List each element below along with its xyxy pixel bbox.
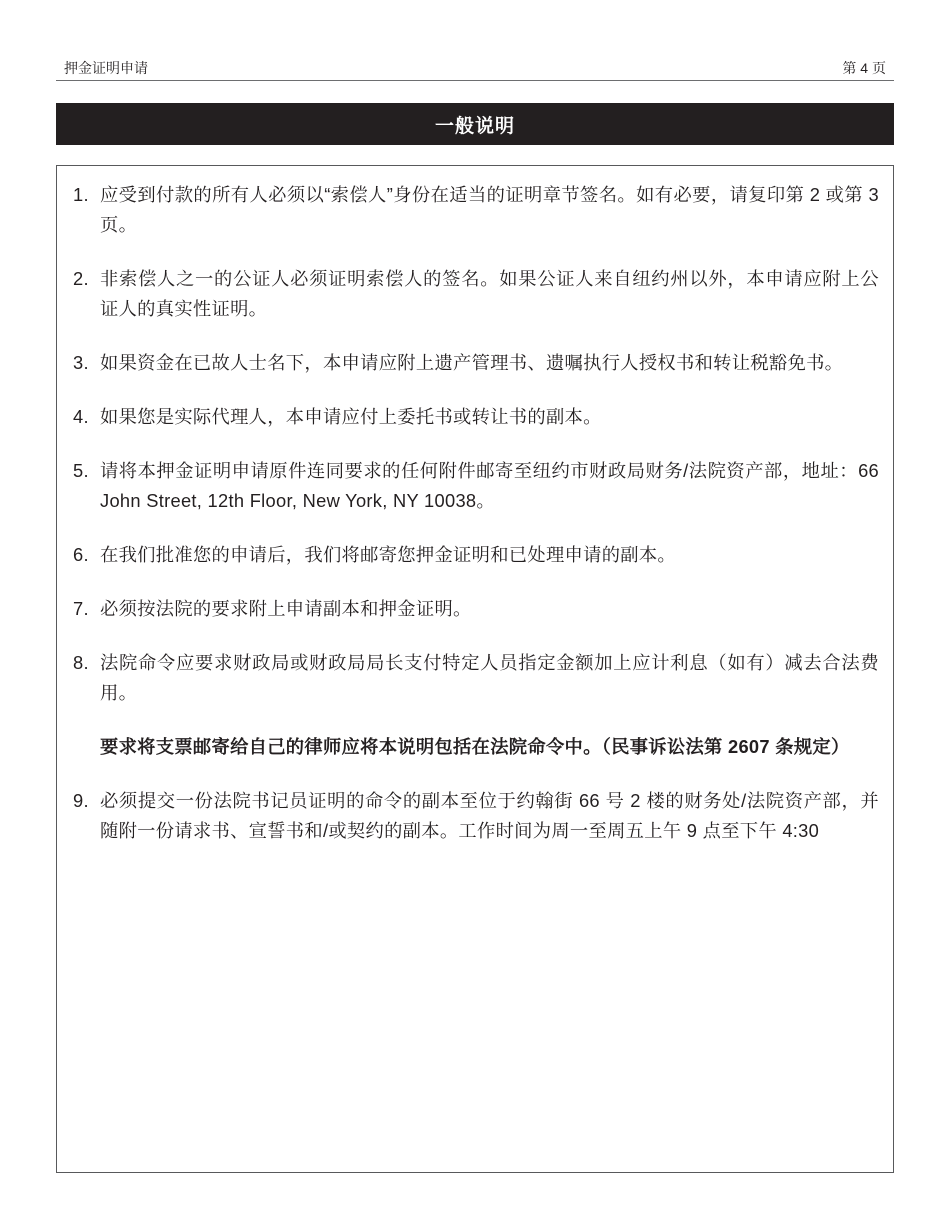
instruction-item-8: 8. 法院命令应要求财政局或财政局局长支付特定人员指定金额加上应计利息（如有）减… [73,648,879,762]
instruction-item-1: 1. 应受到付款的所有人必须以“索偿人”身份在适当的证明章节签名。如有必要，请复… [73,180,879,240]
instruction-item-4: 4. 如果您是实际代理人，本申请应付上委托书或转让书的副本。 [73,402,879,432]
instruction-item-2: 2. 非索偿人之一的公证人必须证明索偿人的签名。如果公证人来自纽约州以外，本申请… [73,264,879,324]
item-number: 4. [73,402,100,432]
instruction-item-6: 6. 在我们批准您的申请后，我们将邮寄您押金证明和已处理申请的副本。 [73,540,879,570]
instructions-list: 1. 应受到付款的所有人必须以“索偿人”身份在适当的证明章节签名。如有必要，请复… [73,180,879,870]
item-number: 7. [73,594,100,624]
page-header: 押金证明申请 第 4 页 [64,58,886,78]
instruction-item-5: 5. 请将本押金证明申请原件连同要求的任何附件邮寄至纽约市财政局财务/法院资产部… [73,456,879,516]
item-number: 3. [73,348,100,378]
form-title: 押金证明申请 [64,58,148,78]
bold-note: 要求将支票邮寄给自己的律师应将本说明包括在法院命令中。（民事诉讼法第 2607 … [100,732,879,762]
item-text: 法院命令应要求财政局或财政局局长支付特定人员指定金额加上应计利息（如有）减去合法… [100,648,879,708]
item-number: 8. [73,648,100,762]
item-number: 6. [73,540,100,570]
item-text: 请将本押金证明申请原件连同要求的任何附件邮寄至纽约市财政局财务/法院资产部，地址… [100,456,879,516]
header-divider [56,80,894,81]
item-number: 9. [73,786,100,846]
instructions-box: 1. 应受到付款的所有人必须以“索偿人”身份在适当的证明章节签名。如有必要，请复… [56,165,894,1173]
section-title-bar: 一般说明 [56,103,894,145]
section-title: 一般说明 [435,111,515,138]
item-text: 应受到付款的所有人必须以“索偿人”身份在适当的证明章节签名。如有必要，请复印第 … [100,180,879,240]
instruction-item-7: 7. 必须按法院的要求附上申请副本和押金证明。 [73,594,879,624]
item-text: 非索偿人之一的公证人必须证明索偿人的签名。如果公证人来自纽约州以外，本申请应附上… [100,264,879,324]
item-number: 1. [73,180,100,240]
item-number: 2. [73,264,100,324]
item-text: 如果资金在已故人士名下，本申请应附上遗产管理书、遗嘱执行人授权书和转让税豁免书。 [100,348,879,378]
item-number: 5. [73,456,100,516]
item-text: 如果您是实际代理人，本申请应付上委托书或转让书的副本。 [100,402,879,432]
item-text: 在我们批准您的申请后，我们将邮寄您押金证明和已处理申请的副本。 [100,540,879,570]
item-text: 必须提交一份法院书记员证明的命令的副本至位于约翰街 66 号 2 楼的财务处/法… [100,786,879,846]
item-body: 法院命令应要求财政局或财政局局长支付特定人员指定金额加上应计利息（如有）减去合法… [100,648,879,762]
instruction-item-9: 9. 必须提交一份法院书记员证明的命令的副本至位于约翰街 66 号 2 楼的财务… [73,786,879,846]
instruction-item-3: 3. 如果资金在已故人士名下，本申请应附上遗产管理书、遗嘱执行人授权书和转让税豁… [73,348,879,378]
item-text: 必须按法院的要求附上申请副本和押金证明。 [100,594,879,624]
page-number: 第 4 页 [842,58,886,78]
